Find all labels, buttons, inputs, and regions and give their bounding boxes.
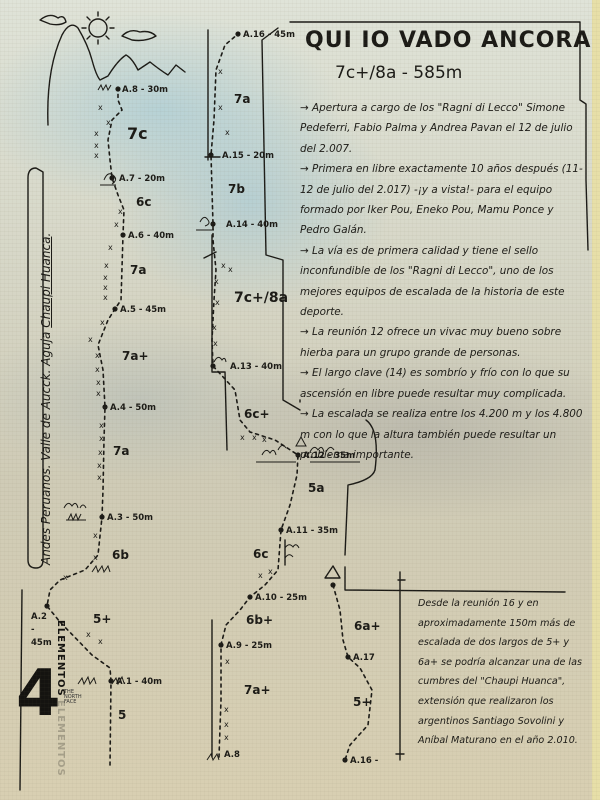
- svg-text:x: x: [93, 531, 98, 540]
- svg-text:x: x: [268, 567, 273, 576]
- belay-label-a4: A.4 - 50m: [110, 403, 156, 413]
- svg-text:x: x: [88, 335, 93, 344]
- svg-text:x: x: [98, 448, 103, 457]
- pitch-grade-8: 7c: [127, 124, 148, 143]
- route-line-extension: [333, 585, 372, 760]
- svg-text:x: x: [96, 378, 101, 387]
- pitch-grade-13: 6c+: [244, 407, 270, 421]
- svg-text:x: x: [98, 103, 103, 112]
- pitch-grade-17: 6a+: [354, 619, 381, 633]
- svg-text:x: x: [103, 273, 108, 282]
- belay-label-a14: A.14 - 40m: [226, 220, 278, 230]
- svg-text:x: x: [228, 265, 233, 274]
- pitch-grade-5: 7a+: [122, 349, 149, 363]
- svg-text:x: x: [93, 553, 98, 562]
- pitch-grade-6: 7a: [130, 263, 146, 277]
- svg-text:x: x: [94, 151, 99, 160]
- route-grade-length: 7c+/8a - 585m: [335, 63, 462, 83]
- svg-text:x: x: [240, 433, 245, 442]
- svg-text:x: x: [225, 128, 230, 137]
- pitch-grade-3: 6b: [112, 548, 129, 562]
- belay-label-a17: A.17: [353, 653, 375, 663]
- belay-label-a8-right: A.8: [224, 750, 240, 760]
- pitch-grade-14: 7c+/8a: [234, 290, 288, 306]
- note-crux: → El largo clave (14) es sombrío y frío …: [300, 363, 585, 404]
- svg-text:x: x: [221, 261, 226, 270]
- logo-word: ELEMENTOS: [55, 620, 66, 697]
- svg-text:x: x: [224, 705, 229, 714]
- belay-label-a2: A.2 - 45m: [31, 611, 51, 650]
- pitch-grade-11: 6c: [253, 547, 268, 561]
- sun-icon: [89, 19, 107, 37]
- svg-text:x: x: [86, 630, 91, 639]
- svg-text:x: x: [215, 298, 220, 307]
- svg-text:x: x: [224, 720, 229, 729]
- belay-label-a3: A.3 - 50m: [107, 513, 153, 523]
- svg-text:x: x: [114, 220, 119, 229]
- svg-text:x: x: [103, 283, 108, 292]
- route-topo: xxx xx xxxxx xxxxxx xxxxx xx xxxxx xxxx …: [0, 0, 600, 800]
- note-quality: → La vía es de primera calidad y tiene e…: [300, 241, 585, 323]
- note-first-free: → Primera en libre exactamente 10 años d…: [300, 159, 585, 241]
- svg-text:x: x: [212, 323, 217, 332]
- pitch-grade-18: 5+: [353, 695, 371, 709]
- svg-text:x: x: [258, 571, 263, 580]
- pitch-grade-9: 7a+: [244, 683, 271, 697]
- svg-text:x: x: [252, 433, 257, 442]
- svg-text:x: x: [218, 67, 223, 76]
- pitch-grade-12: 5a: [308, 481, 324, 495]
- pitch-grade-16: 7a: [234, 92, 250, 106]
- svg-text:x: x: [106, 118, 111, 127]
- peak-name: Chaupi Huanca: [39, 237, 53, 328]
- belay-label-a13: A.13 - 40m: [230, 362, 282, 372]
- svg-text:x: x: [224, 733, 229, 742]
- svg-text:x: x: [96, 389, 101, 398]
- svg-text:x: x: [98, 637, 103, 646]
- route-title: QUI IO VADO ANCORA: [305, 28, 591, 53]
- svg-text:x: x: [262, 435, 267, 444]
- belay-label-a10: A.10 - 25m: [255, 593, 307, 603]
- summit-icon: [325, 566, 340, 578]
- belay-label-a8: A.8 - 30m: [122, 85, 168, 95]
- belay-label-a7: A.7 - 20m: [119, 174, 165, 184]
- belay-label-a1: A.1 - 40m: [116, 677, 162, 687]
- belay-label-a11: A.11 - 35m: [286, 526, 338, 536]
- note-altitude: → La escalada se realiza entre los 4.200…: [300, 404, 585, 465]
- svg-text:x: x: [99, 434, 104, 443]
- extension-note: Desde la reunión 16 y en aproximadamente…: [418, 594, 583, 751]
- pitch-grade-10: 6b+: [246, 613, 273, 627]
- cloud-right: [122, 31, 156, 41]
- svg-text:x: x: [214, 277, 219, 286]
- svg-text:x: x: [94, 141, 99, 150]
- mountain-outline: [48, 25, 185, 125]
- svg-text:x: x: [213, 339, 218, 348]
- area-label: Andes Peruanos. Valle de Aucck. Aguja Ch…: [39, 233, 53, 565]
- belay-label-a16: A.16 - 45m: [243, 30, 295, 40]
- note-bivouac: → La reunión 12 ofrece un vivac muy buen…: [300, 322, 585, 363]
- belay-label-a6: A.6 - 40m: [128, 231, 174, 241]
- belay-label-a15: A.15 - 20m: [222, 151, 274, 161]
- pitch-grade-7: 6c: [136, 195, 151, 209]
- sponsor-logo: THE NORTH FACE: [64, 690, 88, 705]
- svg-text:x: x: [94, 129, 99, 138]
- note-opening: → Apertura a cargo de los "Ragni di Lecc…: [300, 98, 585, 159]
- belay-label-a9: A.9 - 25m: [226, 641, 272, 651]
- svg-text:x: x: [97, 461, 102, 470]
- svg-text:x: x: [225, 657, 230, 666]
- svg-text:x: x: [103, 293, 108, 302]
- belay-label-a16-extension: A.16 -: [350, 756, 378, 766]
- svg-text:x: x: [118, 207, 123, 216]
- svg-text:x: x: [95, 351, 100, 360]
- pitch-grade-4: 7a: [113, 444, 129, 458]
- svg-text:x: x: [95, 365, 100, 374]
- pitch-grade-15: 7b: [228, 182, 245, 196]
- cloud-left: [40, 15, 66, 24]
- svg-text:x: x: [100, 318, 105, 327]
- route-notes: → Apertura a cargo de los "Ragni di Lecc…: [300, 98, 585, 465]
- svg-text:x: x: [108, 243, 113, 252]
- page-edge-strip: [592, 0, 600, 800]
- svg-text:x: x: [97, 473, 102, 482]
- logo-word-reflection: ELEMENTOS: [55, 700, 66, 777]
- pitch-grade-2: 5+: [93, 612, 111, 626]
- svg-text:x: x: [218, 103, 223, 112]
- belay-label-a5: A.5 - 45m: [120, 305, 166, 315]
- svg-text:x: x: [99, 421, 104, 430]
- svg-text:x: x: [104, 261, 109, 270]
- pitch-grade-1: 5: [118, 708, 126, 722]
- logo-number: 4: [16, 662, 61, 726]
- svg-text:x: x: [63, 573, 68, 582]
